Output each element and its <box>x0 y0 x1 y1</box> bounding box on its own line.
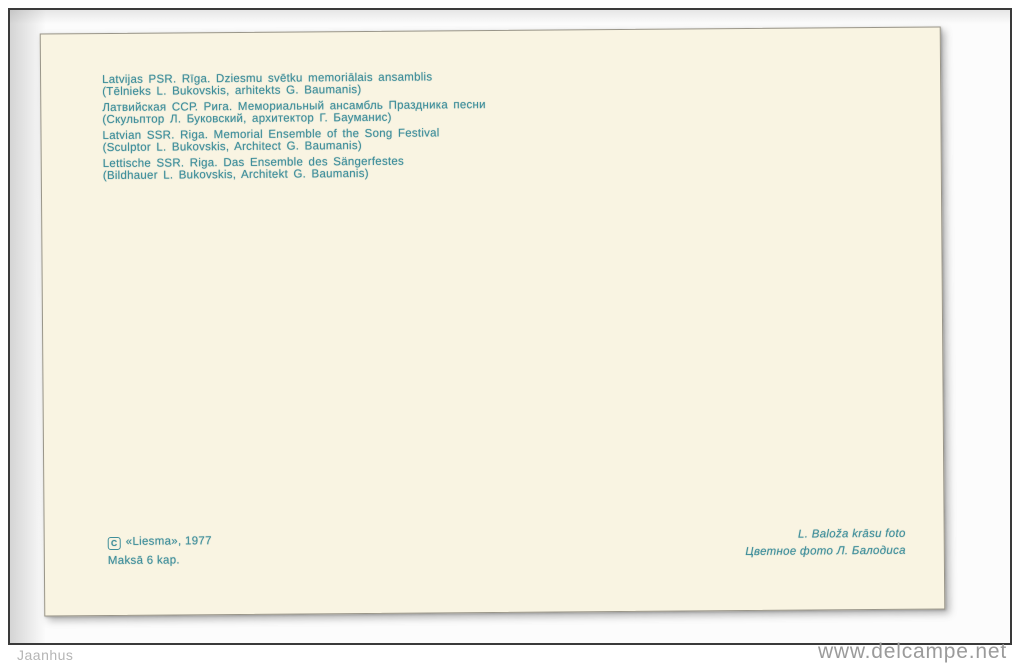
price-line: Maksā 6 kap. <box>108 551 212 571</box>
seller-watermark: Jaanhus <box>17 647 73 663</box>
caption-german: Lettische SSR. Riga. Das Ensemble des Sä… <box>103 155 663 182</box>
publisher-name-year: «Liesma», 1977 <box>126 535 212 548</box>
publisher-block: C«Liesma», 1977 Maksā 6 kap. <box>108 532 212 571</box>
copyright-icon: C <box>108 537 121 550</box>
caption-english: Latvian SSR. Riga. Memorial Ensemble of … <box>102 127 662 154</box>
caption-russian: Латвийская ССР. Рига. Мемориальный ансам… <box>102 99 662 126</box>
caption-latvian: Latvijas PSR. Rīga. Dziesmu svētku memor… <box>102 71 662 98</box>
scanned-image-frame: Latvijas PSR. Rīga. Dziesmu svētku memor… <box>8 8 1012 645</box>
publisher-line: C«Liesma», 1977 <box>108 532 212 552</box>
postcard-back: Latvijas PSR. Rīga. Dziesmu svētku memor… <box>40 26 946 616</box>
caption-block-list: Latvijas PSR. Rīga. Dziesmu svētku memor… <box>102 71 663 187</box>
scanner-shadow-top <box>10 10 1010 24</box>
delcampe-watermark: www.delcampe.net <box>818 640 1007 664</box>
photo-credit-block: L. Baloža krāsu foto Цветное фото Л. Бал… <box>745 526 906 561</box>
caption-latvian-credits: (Tēlnieks L. Bukovskis, arhitekts G. Bau… <box>102 82 662 98</box>
caption-english-credits: (Sculptor L. Bukovskis, Architect G. Bau… <box>103 138 663 154</box>
page: Latvijas PSR. Rīga. Dziesmu svētku memor… <box>0 0 1020 668</box>
caption-german-credits: (Bildhauer L. Bukovskis, Architekt G. Ba… <box>103 166 663 182</box>
photo-credit-latvian: L. Baloža krāsu foto <box>745 526 906 544</box>
caption-russian-credits: (Скульптор Л. Буковский, архитектор Г. Б… <box>102 110 662 126</box>
photo-credit-russian: Цветное фото Л. Балодиса <box>745 543 906 561</box>
